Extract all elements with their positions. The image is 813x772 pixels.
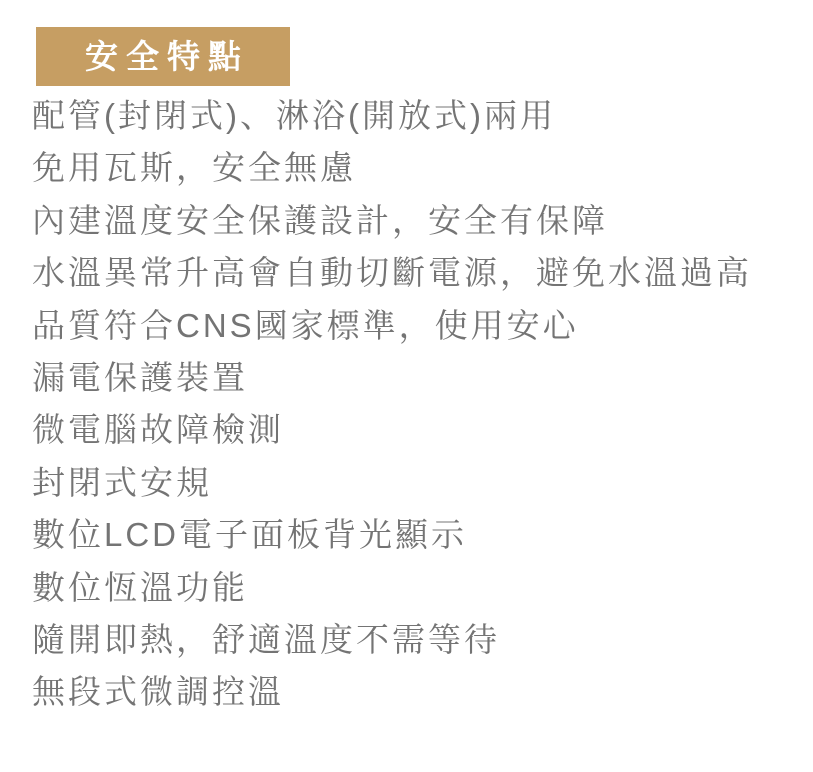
feature-line-8: 封閉式安規 bbox=[32, 457, 792, 509]
feature-line-10: 數位恆溫功能 bbox=[32, 562, 792, 614]
section-title-box: 安全特點 bbox=[36, 27, 290, 86]
feature-list: 配管(封閉式)、淋浴(開放式)兩用 免用瓦斯，安全無慮 內建溫度安全保護設計，安… bbox=[32, 90, 792, 719]
feature-line-6: 漏電保護裝置 bbox=[32, 352, 792, 404]
feature-line-3: 內建溫度安全保護設計，安全有保障 bbox=[32, 195, 792, 247]
feature-line-12: 無段式微調控溫 bbox=[32, 666, 792, 718]
feature-line-7: 微電腦故障檢測 bbox=[32, 404, 792, 456]
feature-line-9: 數位LCD電子面板背光顯示 bbox=[32, 509, 792, 561]
feature-line-2: 免用瓦斯，安全無慮 bbox=[32, 142, 792, 194]
feature-line-5: 品質符合CNS國家標準，使用安心 bbox=[32, 300, 792, 352]
feature-line-1: 配管(封閉式)、淋浴(開放式)兩用 bbox=[32, 90, 792, 142]
feature-line-11: 隨開即熱，舒適溫度不需等待 bbox=[32, 614, 792, 666]
section-title: 安全特點 bbox=[77, 40, 249, 73]
feature-line-4: 水溫異常升高會自動切斷電源，避免水溫過高 bbox=[32, 247, 792, 299]
product-description-page: 安全特點 配管(封閉式)、淋浴(開放式)兩用 免用瓦斯，安全無慮 內建溫度安全保… bbox=[0, 0, 813, 772]
